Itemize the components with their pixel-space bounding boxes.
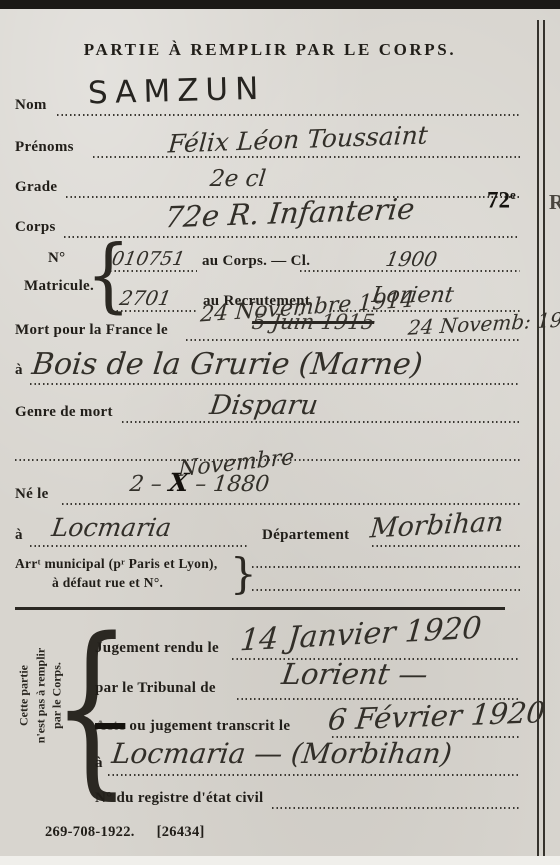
ne-le-label: Né le	[15, 486, 49, 503]
prenoms-dotted-line	[93, 156, 520, 158]
mort-label: Mort pour la France le	[15, 322, 168, 339]
birth-date: 2 – X – 1880	[129, 470, 271, 496]
birthplace-label: à	[15, 527, 23, 544]
ne-le-dotted	[62, 503, 520, 505]
lieu-mort-dotted	[30, 383, 520, 385]
nom-dotted-line	[57, 114, 520, 116]
matricule-label: Matricule.	[24, 278, 94, 295]
transcription-lieu-value: Locmaria — (Morbihan)	[110, 740, 453, 768]
nom-value: SAMZUN	[88, 74, 266, 110]
scan-edge-bottom	[0, 856, 560, 865]
transcrit-row-label: Acte ou jugement transcrit le	[95, 718, 290, 735]
corps-stamp-sup: e	[510, 187, 516, 202]
registre-dotted	[272, 807, 520, 809]
arrondissement-label-line2: à défaut rue et N°.	[52, 575, 163, 591]
scanned-record-card: R PARTIE À REMPLIR PAR LE CORPS. Nom SAM…	[0, 0, 560, 865]
corps-dotted-line	[64, 236, 520, 238]
matricule-corps-number: 010751	[110, 250, 186, 269]
transcrit-crossed-word: Acte	[95, 718, 125, 734]
tribunal-value: Lorient —	[280, 660, 430, 689]
footer-ref-number: 269-708-1922.	[45, 824, 135, 840]
card-right-border-outer	[537, 20, 539, 858]
mort-crossed-date: 5 Juin 1915	[251, 312, 376, 333]
form-title: PARTIE À REMPLIR PAR LE CORPS.	[40, 40, 500, 60]
transcription-lieu-dotted	[108, 774, 520, 776]
transcription-lieu-label: à	[95, 755, 103, 772]
departement-label: Département	[262, 527, 349, 544]
registre-label: N° du registre d'état civil	[95, 790, 264, 807]
corps-value: 72e R. Infanterie	[164, 195, 416, 233]
corps-label: Corps	[15, 219, 56, 236]
matricule-no-label: N°	[48, 250, 65, 267]
transcrit-label: ou jugement transcrit le	[129, 718, 290, 734]
classe-value: 1900	[384, 249, 438, 269]
transcrit-value: 6 Février 1920	[327, 698, 547, 735]
footer-reference: 269-708-1922. [26434]	[45, 824, 205, 841]
birth-crossed-month: X	[168, 468, 190, 497]
tribunal-label: par le Tribunal de	[95, 680, 216, 697]
prenoms-label: Prénoms	[15, 139, 74, 156]
genre-mort-value: Disparu	[208, 392, 320, 419]
prenoms-value: Félix Léon Toussaint	[167, 122, 429, 156]
side-note-line1: Cette partie	[16, 601, 33, 791]
departement-value: Morbihan	[369, 508, 505, 542]
jugement-rendu-label: Jugement rendu le	[95, 640, 219, 657]
scan-edge-top	[0, 0, 560, 9]
birth-year: – 1880	[194, 472, 271, 497]
birth-day: 2 –	[129, 472, 164, 497]
grade-label: Grade	[15, 179, 57, 196]
corps-stamp: 72e	[487, 187, 516, 214]
mort-dotted-line	[186, 339, 520, 341]
au-corps-label: au Corps. — Cl.	[202, 253, 310, 270]
matricule-corps-dotted	[110, 270, 197, 272]
birthplace-dotted	[30, 545, 248, 547]
corps-stamp-number: 72	[487, 188, 510, 213]
arrondissement-label-line1: Arrᵗ municipal (pʳ Paris et Lyon),	[15, 556, 218, 572]
card-right-border-inner	[543, 20, 545, 858]
matricule-recrutement-dotted	[108, 310, 196, 312]
departement-dotted	[372, 545, 520, 547]
matricule-recrutement-number: 2701	[118, 288, 172, 308]
grade-value: 2e cl	[209, 168, 267, 191]
arrondissement-dotted-1	[252, 566, 520, 568]
side-note-line2: n'est pas à remplir	[32, 601, 49, 791]
genre-mort-dotted	[122, 421, 520, 423]
genre-mort-label: Genre de mort	[15, 404, 113, 421]
footer-bracket-number: [26434]	[157, 824, 205, 840]
nom-label: Nom	[15, 97, 47, 114]
birthplace-value: Locmaria	[50, 515, 173, 540]
lieu-mort-label: à	[15, 362, 23, 379]
jugement-rendu-value: 14 Janvier 1920	[239, 614, 483, 657]
adjacent-page-fragment: R	[549, 190, 560, 215]
arrondissement-dotted-2	[252, 589, 520, 591]
lieu-mort-value: Bois de la Grurie (Marne)	[30, 350, 424, 380]
